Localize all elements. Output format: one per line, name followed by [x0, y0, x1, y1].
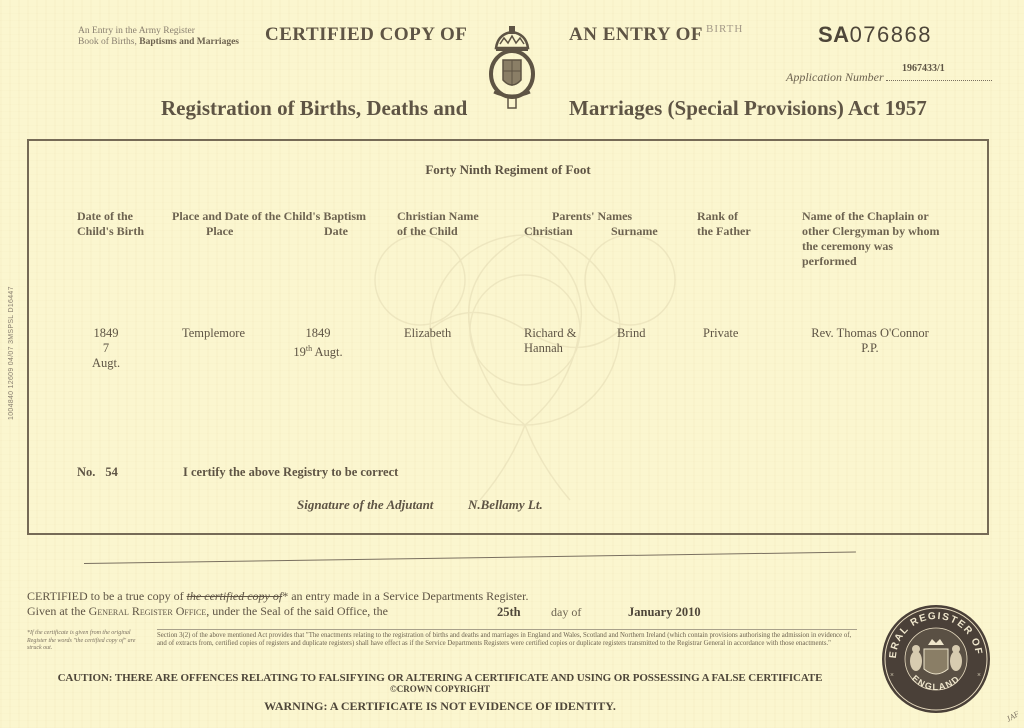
signature-label: Signature of the Adjutant	[297, 497, 433, 513]
column-header-chaplain: Name of the Chaplain or other Clergyman …	[802, 209, 939, 269]
svg-text:×: ×	[977, 671, 981, 679]
entry-number: No.54	[77, 465, 118, 480]
day-of-label: day of	[551, 605, 581, 620]
struck-out-text: the certified copy of	[187, 589, 283, 603]
royal-crest-icon	[484, 26, 540, 110]
register-source-line1: An Entry in the Army Register	[78, 26, 239, 37]
column-header-baptism-place: Place	[206, 224, 233, 239]
column-header-parents-surname: Surname	[611, 224, 658, 239]
entry-christian-name: Elizabeth	[404, 326, 451, 341]
column-header-baptism: Place and Date of the Child's Baptism	[172, 209, 366, 224]
regiment-name: Forty Ninth Regiment of Foot	[0, 162, 1016, 178]
application-number-value: 1967433/1	[902, 63, 945, 74]
column-header-parents: Parents' Names	[552, 209, 632, 224]
certify-statement: I certify the above Registry to be corre…	[183, 465, 398, 480]
section-3-2-text: Section 3(2) of the above mentioned Act …	[157, 632, 862, 648]
application-number-label: Application Number	[786, 70, 884, 85]
given-at-statement: Given at the General Register Office, un…	[27, 604, 388, 619]
certified-copy-heading: CERTIFIED COPY OF	[265, 24, 467, 46]
column-header-birth-date: Date of the Child's Birth	[77, 209, 144, 239]
certification-statement: CERTIFIED to be a true copy of the certi…	[27, 589, 528, 604]
entry-parents-surname: Brind	[617, 326, 645, 341]
entry-baptism-place: Templemore	[182, 326, 245, 341]
act-title-left: Registration of Births, Deaths and	[161, 96, 467, 121]
entry-baptism-date: 1849 19th Augt.	[283, 326, 353, 360]
certificate-serial-number: SA076868	[818, 22, 932, 48]
entry-parents-christian: Richard & Hannah	[524, 326, 576, 356]
column-header-rank: Rank of the Father	[697, 209, 751, 239]
entry-birth-date: 1849 7 Augt.	[88, 326, 124, 371]
entry-father-rank: Private	[703, 326, 738, 341]
adjutant-signature: N.Bellamy Lt.	[468, 497, 543, 513]
issue-day: 25th	[497, 605, 521, 620]
svg-text:×: ×	[890, 671, 894, 679]
column-header-parents-christian: Christian	[524, 224, 573, 239]
strikeout-footnote: *If the certificate is given from the or…	[27, 630, 139, 653]
act-title-right: Marriages (Special Provisions) Act 1957	[569, 96, 927, 121]
entry-type: BIRTH	[706, 23, 743, 35]
entry-of-heading: AN ENTRY OF	[569, 24, 703, 46]
crown-copyright: ©CROWN COPYRIGHT	[0, 684, 880, 694]
caution-notice: CAUTION: THERE ARE OFFENCES RELATING TO …	[0, 672, 880, 684]
side-reference-code: 1004840 12609 04/07 3MSPSL D16447	[8, 286, 15, 420]
register-source-note: An Entry in the Army Register Book of Bi…	[78, 26, 239, 48]
register-source-line2: Book of Births, Baptisms and Marriages	[78, 37, 239, 48]
application-number-dotted-line	[886, 80, 992, 81]
identity-warning: WARNING: A CERTIFICATE IS NOT EVIDENCE O…	[0, 699, 880, 714]
entry-chaplain: Rev. Thomas O'Connor P.P.	[790, 326, 950, 356]
column-header-christian-name: Christian Name of the Child	[397, 209, 479, 239]
column-header-baptism-date: Date	[324, 224, 348, 239]
general-register-office-seal-icon: GENERAL REGISTER OFFICE ENGLAND × ×	[880, 603, 992, 715]
section-divider	[157, 629, 857, 630]
issue-month-year: January 2010	[628, 605, 701, 620]
